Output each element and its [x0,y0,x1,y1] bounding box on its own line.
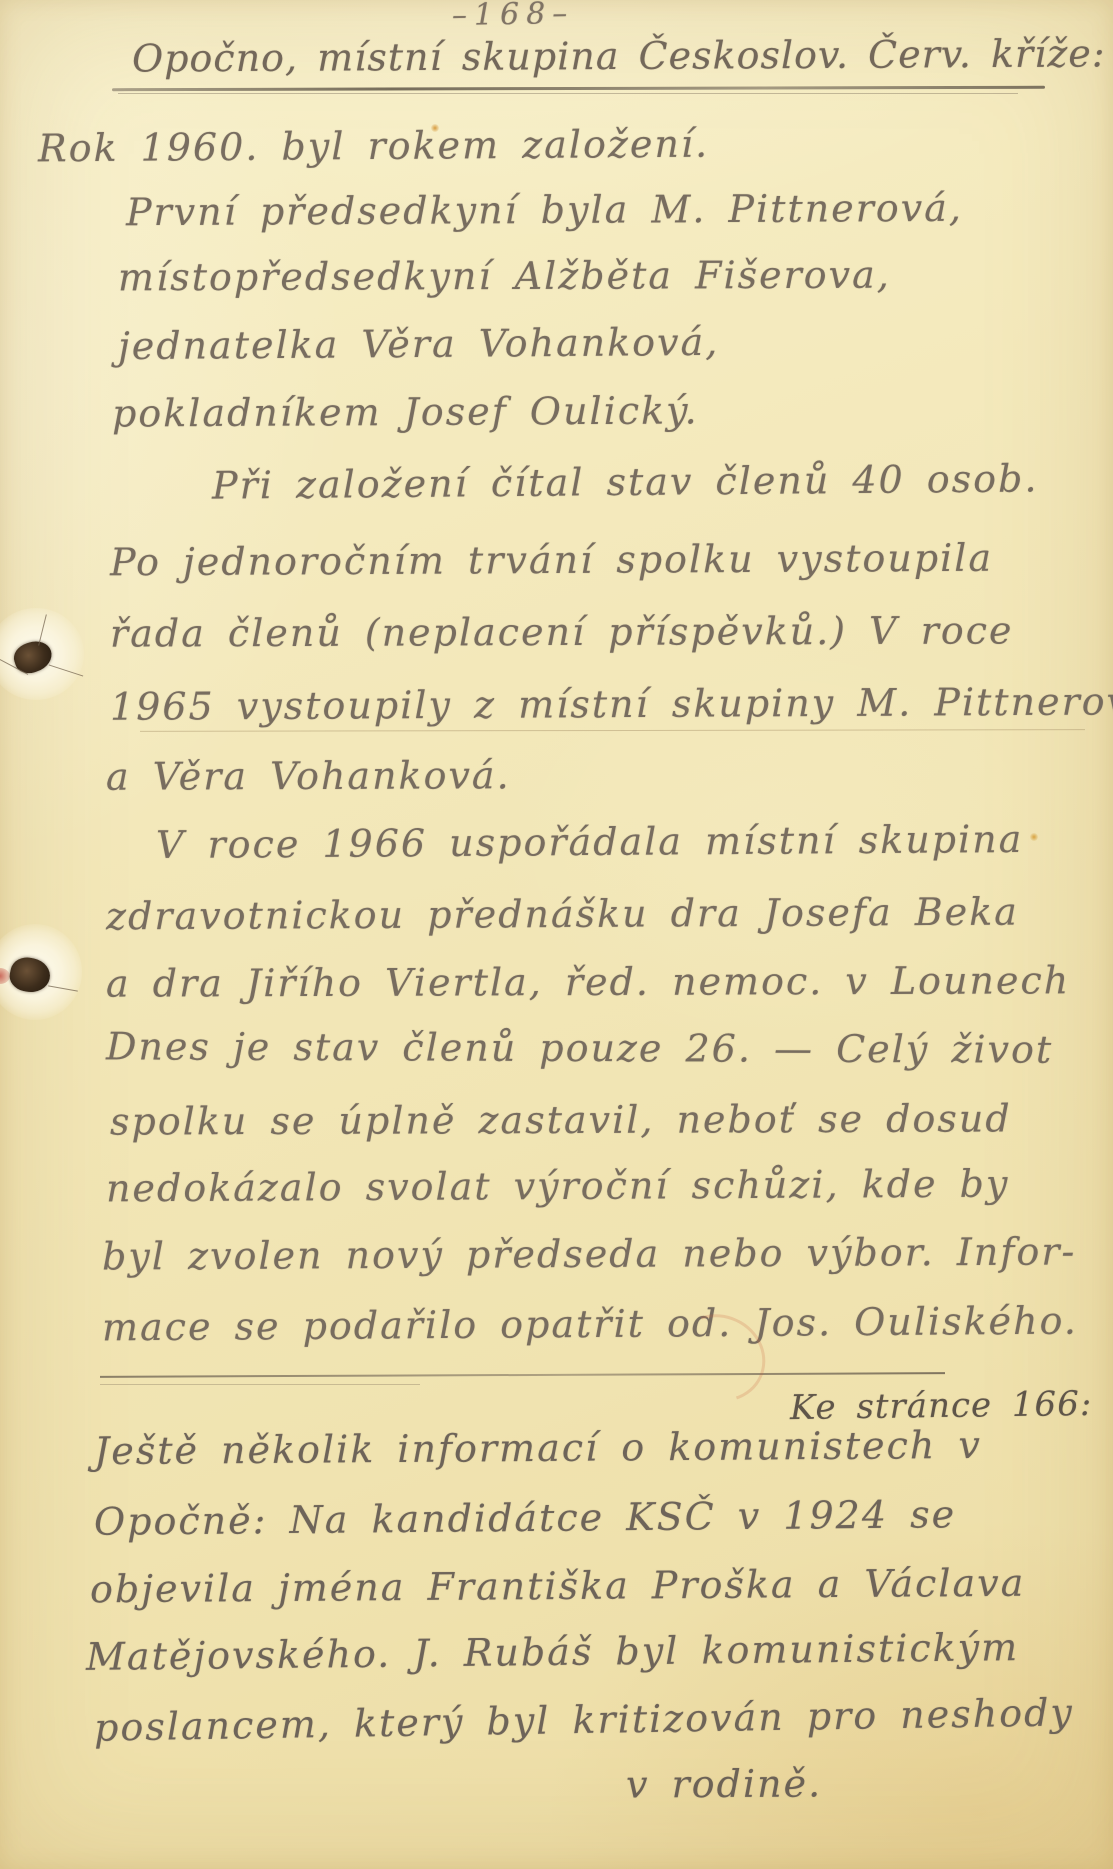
handwritten-line: 1965 vystoupily z místní skupiny M. Pitt… [110,681,1113,728]
handwritten-line: nedokázalo svolat výroční schůzi, kde by [106,1164,1010,1211]
handwritten-line: V roce 1966 uspořádala místní skupina [156,819,1024,867]
handwritten-chronicle-page: –168– Opočno, místní skupina Českoslov. … [0,0,1113,1869]
handwritten-line: byl zvolen nový předseda nebo výbor. Inf… [102,1231,1076,1278]
handwritten-line: Dnes je stav členů pouze 26. — Celý živo… [106,1026,1053,1071]
handwritten-line: Ještě několik informací o komunistech v [94,1425,982,1473]
handwritten-line: a dra Jiřího Viertla, řed. nemoc. v Loun… [106,960,1070,1005]
handwritten-line: Při založení čítal stav členů 40 osob. [212,458,1039,507]
faint-ruled-line [140,729,1085,732]
section-divider-echo [100,1384,420,1385]
handwritten-line: spolku se úplně zastavil, neboť se dosud [110,1098,1012,1143]
section-heading: Opočno, místní skupina Českoslov. Červ. … [132,33,1106,80]
handwritten-line: řada členů (neplacení příspěvků.) V roce [110,610,1014,655]
handwritten-line: Rok 1960. byl rokem založení. [38,124,709,170]
handwritten-line: v rodině. [626,1763,822,1806]
page-number: –168– [452,0,575,32]
section-divider-line [100,1372,945,1378]
heading-underline-echo [118,93,1018,94]
handwritten-line: objevila jména Františka Proška a Václav… [90,1563,1026,1611]
stain-speck [1030,833,1038,841]
handwritten-line: První předsedkyní byla M. Pittnerová, [126,188,963,234]
heading-underline [112,86,1045,91]
handwritten-line: Matějovského. J. Rubáš byl komunistickým [86,1627,1020,1679]
handwritten-line: Opočně: Na kandidátce KSČ v 1924 se [94,1494,956,1543]
handwritten-line: jednatelka Věra Vohanková, [118,322,720,368]
handwritten-line: pokladníkem Josef Oulický. [112,390,699,435]
handwritten-line: zdravotnickou přednášku dra Josefa Beka [106,892,1019,939]
handwritten-line: místopředsedkyní Alžběta Fišerova, [118,255,891,299]
handwritten-line: Po jednoročním trvání spolku vystoupila [110,538,993,584]
handwritten-line: a Věra Vohanková. [106,755,511,798]
handwritten-line: mace se podařilo opatřit od. Jos. Oulisk… [102,1301,1078,1350]
handwritten-line: poslancem, který byl kritizován pro nesh… [94,1692,1074,1749]
stain-speck [431,124,439,132]
punch-hole-top [0,608,88,708]
margin-note: Ke stránce 166: [790,1386,1093,1428]
punch-hole-bottom [0,922,86,1032]
